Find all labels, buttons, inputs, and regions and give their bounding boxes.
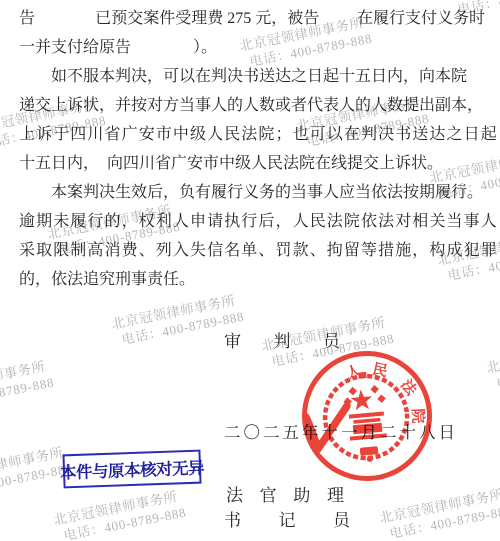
body-text-segment: 上诉于四川省广安市中级人民法院；也可以在判决书送达之日起 — [19, 120, 498, 149]
judge-title-char: 判 — [274, 332, 291, 352]
watermark-firm-name: 北京冠领律师事务所 — [485, 329, 500, 376]
body-line: 的，依法追究刑事责任。 — [19, 265, 485, 294]
clerk-title-char: 记 — [279, 511, 296, 531]
clerk-title-char: 员 — [333, 511, 350, 531]
assistant-title-char: 理 — [327, 486, 344, 506]
body-line: 如不服本判决，可以在判决书送达之日起十五日内，向本院 — [19, 62, 485, 91]
body-text-segment: 逾期未履行的，权利人申请执行后，人民法院依法对相关当事人 — [19, 207, 498, 236]
judge-title-char: 审 — [224, 332, 241, 352]
redacted-blank — [319, 4, 357, 33]
court-seal-stamp: 人 民 法 院 — [302, 351, 432, 481]
body-line: 逾期未履行的，权利人申请执行后，人民法院依法对相关当事人 — [19, 207, 485, 236]
body-text-segment: 本案判决生效后，负有履行义务的当事人应当依法按期履行。 — [19, 178, 483, 207]
assistant-title-char: 官 — [260, 486, 277, 506]
redacted-blank — [35, 4, 95, 33]
lawfirm-watermark: 北京冠领律师事务所电话：400-8789-888 — [0, 351, 84, 415]
body-line: 本案判决生效后，负有履行义务的当事人应当依法按期履行。 — [19, 178, 485, 207]
judgment-body-text: 告 已预交案件受理费 275 元，被告 在履行支付义务时 一并支付给原告 ）。 … — [19, 4, 485, 294]
clerk-title: 书 记 员 — [224, 511, 350, 531]
body-line: 递交上诉状，并按对方当事人的人数或者代表人的人数提出副本， — [19, 91, 485, 120]
verification-stamp: 本件与原本核对无异 — [62, 450, 201, 489]
lawfirm-watermark: 北京冠领律师事务所电话：400-8789-888 — [52, 481, 216, 541]
judge-title-char: 员 — [323, 332, 340, 352]
assistant-title-char: 法 — [226, 486, 243, 506]
body-text-segment: 十五日内， 向四川省广安市中级人民法院在线提交上诉状。 — [19, 149, 443, 178]
national-emblem-icon — [302, 351, 432, 481]
body-text-segment: 告 — [19, 4, 35, 33]
clerk-title-char: 书 — [224, 511, 241, 531]
judge-assistant-title: 法 官 助 理 — [226, 486, 344, 506]
judge-title: 审 判 员 — [224, 332, 340, 352]
body-line: 采取限制高消费、列入失信名单、罚款、拘留等措施，构成犯罪 — [19, 236, 485, 265]
scanned-judgment-page: { "body": { "l1a": "告", "l1b": "已预交案件受理费… — [0, 0, 500, 541]
lawfirm-watermark: 北京冠领律师事务所电话：400-8789-888 — [485, 329, 500, 393]
body-text-segment: 在履行支付义务时 — [357, 4, 485, 33]
body-line: 上诉于四川省广安市中级人民法院；也可以在判决书送达之日起 — [19, 120, 485, 149]
lawfirm-watermark: 北京冠领律师事务所电话：400-8789-888 — [378, 479, 500, 541]
body-text-segment: ）。 — [193, 33, 217, 62]
body-text-segment: 如不服本判决，可以在判决书送达之日起十五日内，向本院 — [19, 62, 467, 91]
body-text-segment: 采取限制高消费、列入失信名单、罚款、拘留等措施，构成犯罪 — [19, 236, 498, 265]
body-text-segment: 一并支付给原告 — [19, 33, 131, 62]
assistant-title-char: 助 — [293, 486, 310, 506]
redacted-blank — [131, 33, 193, 62]
body-text-segment: 的，依法追究刑事责任。 — [19, 265, 195, 294]
body-line: 十五日内， 向四川省广安市中级人民法院在线提交上诉状。 — [19, 149, 485, 178]
body-line: 一并支付给原告 ）。 — [19, 33, 485, 62]
body-text-segment: 已预交案件受理费 275 元，被告 — [95, 4, 319, 33]
body-text-segment: 递交上诉状，并按对方当事人的人数或者代表人的人数提出副本， — [19, 91, 483, 120]
body-line: 告 已预交案件受理费 275 元，被告 在履行支付义务时 — [19, 4, 485, 33]
verification-stamp-text: 本件与原本核对无异 — [60, 454, 205, 483]
